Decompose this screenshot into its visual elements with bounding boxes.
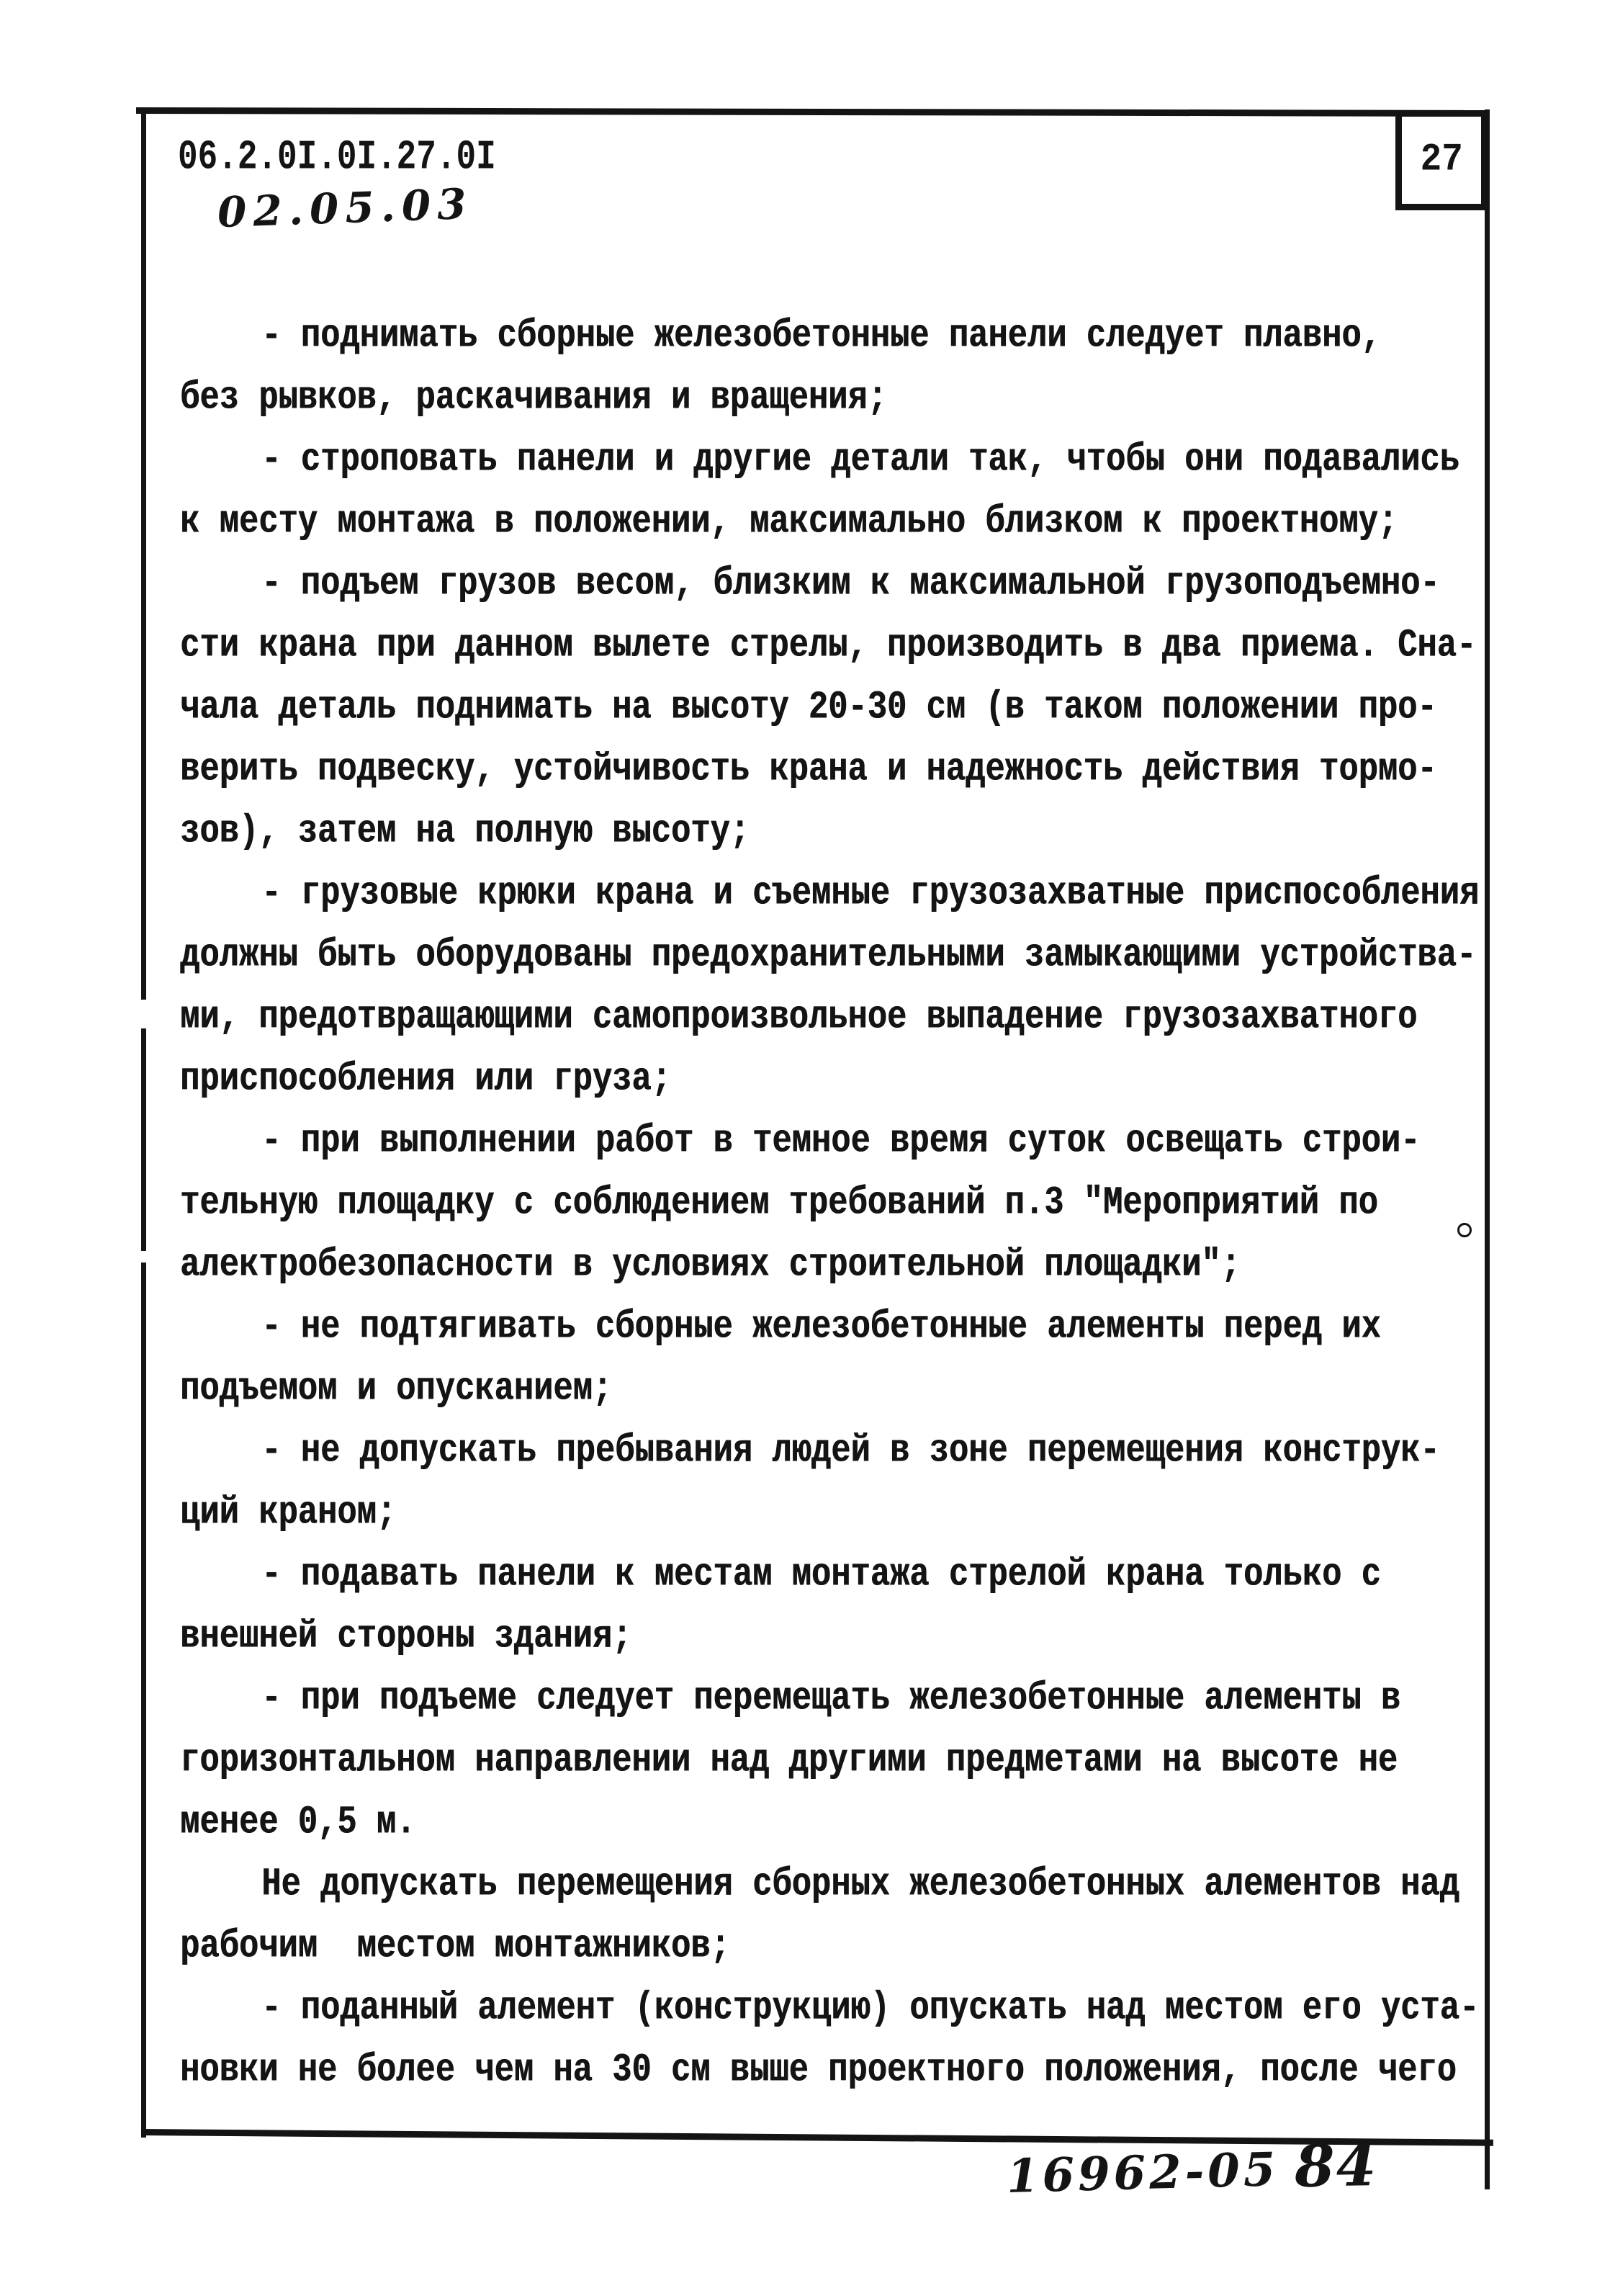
- footer-handwritten-page: 84: [1294, 2131, 1378, 2200]
- border-scan-gap: [140, 1251, 148, 1263]
- page-border-left: [141, 109, 146, 2138]
- border-scan-gap: [140, 1000, 148, 1028]
- text-body: - поднимать сборные железобетонные панел…: [180, 320, 1487, 2117]
- scanned-page: 27 06.2.0I.0I.27.0I 02.05.03 - поднимать…: [0, 0, 1615, 2296]
- page-number-box: 27: [1395, 110, 1488, 210]
- page-border-top: [136, 107, 1490, 117]
- footer-handwritten-number: 16962-05: [1006, 2143, 1279, 2204]
- stray-circle-mark: [1457, 1223, 1472, 1237]
- handwritten-code: 02.05.03: [217, 179, 474, 237]
- text-line: новки не более чем на 30 см выше проектн…: [180, 2048, 1500, 2124]
- page-number: 27: [1420, 138, 1462, 182]
- page-border-bottom: [141, 2129, 1493, 2146]
- document-number: 06.2.0I.0I.27.0I: [178, 134, 496, 181]
